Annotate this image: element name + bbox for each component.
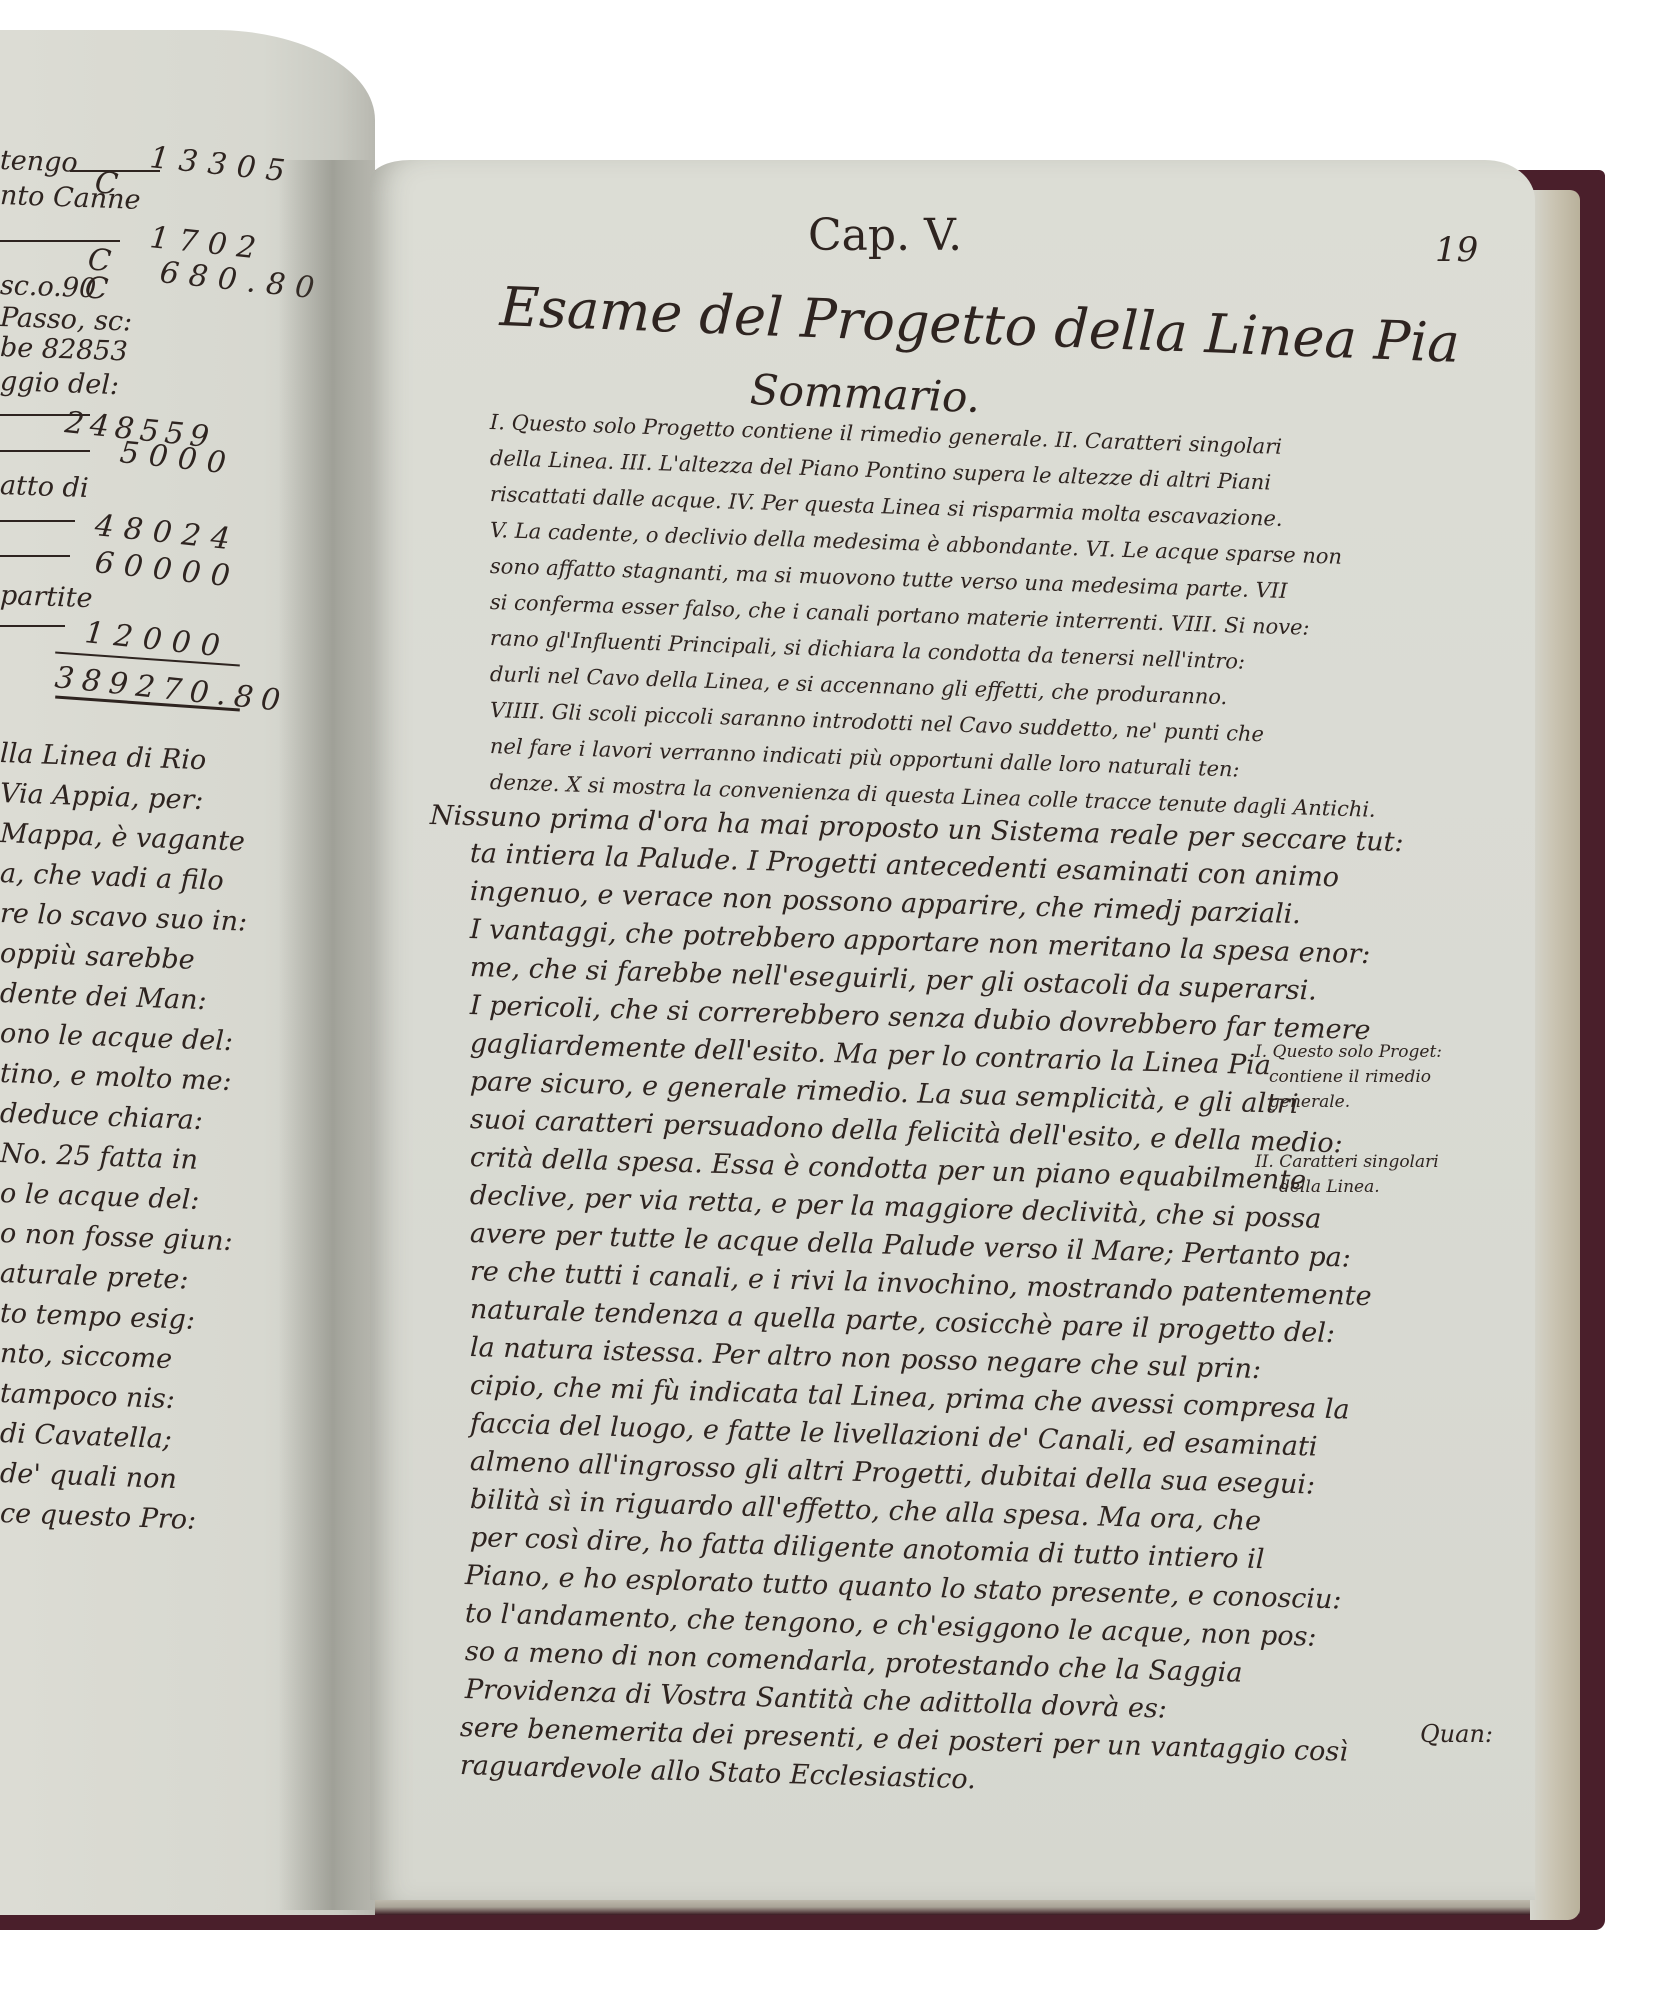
ledger-rule xyxy=(0,240,120,242)
ledger-rule xyxy=(0,555,70,557)
left-line: ce questo Pro: xyxy=(0,1498,197,1536)
summary-heading: Sommario. xyxy=(749,365,981,422)
left-line: di Cavatella; xyxy=(0,1418,172,1455)
left-line: ono le acque del: xyxy=(0,1018,234,1057)
left-line: Mappa, è vagante xyxy=(0,818,245,858)
ledger-rule xyxy=(0,625,65,627)
left-line: No. 25 fatta in xyxy=(0,1138,198,1176)
margin-note-line: generale. xyxy=(1255,1090,1442,1115)
page-stack-right-edge xyxy=(1530,190,1580,1920)
margin-note: I. Questo solo Proget: contiene il rimed… xyxy=(1255,1040,1442,1115)
left-line: nto, siccome xyxy=(0,1338,173,1375)
page-number: 19 xyxy=(1435,230,1478,270)
margin-note-line: I. Questo solo Proget: xyxy=(1255,1040,1442,1065)
left-line: dente dei Man: xyxy=(0,978,207,1016)
left-line: de' quali non xyxy=(0,1458,177,1495)
left-line: ggio del: xyxy=(0,366,120,401)
left-line: sc.o.90 xyxy=(0,270,97,304)
book-gutter xyxy=(278,160,378,1910)
right-page: Cap. V. 19 Esame del Progetto della Line… xyxy=(370,160,1535,1900)
left-line: a, che vadi a filo xyxy=(0,858,224,897)
left-line: atto di xyxy=(0,470,89,504)
left-line: Via Appia, per: xyxy=(0,778,204,816)
currency-mark: C xyxy=(83,270,110,307)
left-line: re lo scavo suo in: xyxy=(0,898,248,938)
left-line: tino, e molto me: xyxy=(0,1058,232,1097)
ledger-figure: 5000 xyxy=(118,435,237,482)
ledger-rule xyxy=(0,450,90,452)
left-line: to tempo esig: xyxy=(0,1298,196,1336)
left-line: be 82853 xyxy=(0,332,128,367)
left-line: nto Canne xyxy=(0,180,141,216)
chapter-title: Esame del Progetto della Linea Pia xyxy=(499,275,1461,375)
ledger-total: 389270.80 xyxy=(53,660,290,719)
ledger-figure: 12000 xyxy=(83,615,231,665)
margin-note-line: II. Caratteri singolari xyxy=(1255,1150,1439,1175)
left-line: deduce chiara: xyxy=(0,1098,203,1136)
left-line: tengo xyxy=(0,145,78,179)
margin-note-line: della Linea. xyxy=(1255,1175,1439,1200)
catchword: Quan: xyxy=(1420,1720,1493,1748)
ledger-figure: 13305 xyxy=(148,140,296,190)
ledger-rule xyxy=(0,520,75,522)
left-line: lla Linea di Rio xyxy=(0,738,207,776)
left-line: tampoco nis: xyxy=(0,1378,175,1415)
left-line: aturale prete: xyxy=(0,1258,189,1296)
margin-note: II. Caratteri singolari della Linea. xyxy=(1255,1150,1439,1200)
left-line: o non fosse giun: xyxy=(0,1218,233,1257)
left-line: partite xyxy=(0,580,93,614)
body-line: raguardevole allo Stato Ecclesiastico. xyxy=(460,1750,977,1795)
left-line: oppiù sarebbe xyxy=(0,938,195,976)
left-line: o le acque del: xyxy=(0,1178,200,1216)
chapter-heading: Cap. V. xyxy=(808,210,962,261)
margin-note-line: contiene il rimedio xyxy=(1255,1065,1442,1090)
